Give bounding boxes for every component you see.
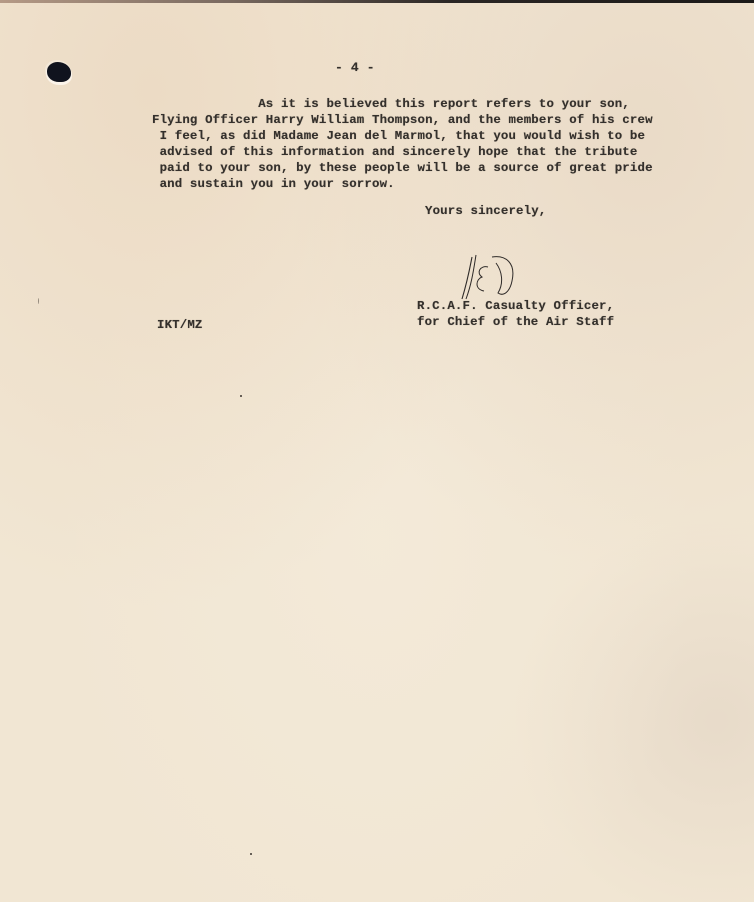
paper-speck <box>240 395 242 397</box>
signature-title: R.C.A.F. Casualty Officer, <box>417 298 614 314</box>
document-page: { "document": { "page_number": "- 4 -", … <box>0 0 754 902</box>
closing-salutation: Yours sincerely, <box>425 203 546 219</box>
signature-subtitle: for Chief of the Air Staff <box>417 314 614 330</box>
signature-block: R.C.A.F. Casualty Officer,for Chief of t… <box>417 298 614 330</box>
paper-speck <box>250 853 252 855</box>
body-line: As it is believed this report refers to … <box>152 96 653 112</box>
body-line: Flying Officer Harry William Thompson, a… <box>152 112 653 128</box>
reference-initials: IKT/MZ <box>157 317 203 333</box>
body-line: I feel, as did Madame Jean del Marmol, t… <box>152 128 653 144</box>
body-line: paid to your son, by these people will b… <box>152 160 653 176</box>
letter-body: As it is believed this report refers to … <box>152 96 653 192</box>
body-line: and sustain you in your sorrow. <box>152 176 653 192</box>
paper-speck <box>38 298 39 304</box>
handwritten-signature-icon <box>458 253 528 303</box>
punch-hole <box>47 62 71 82</box>
scan-top-edge <box>0 0 754 3</box>
page-number: - 4 - <box>335 60 375 76</box>
body-line: advised of this information and sincerel… <box>152 144 653 160</box>
